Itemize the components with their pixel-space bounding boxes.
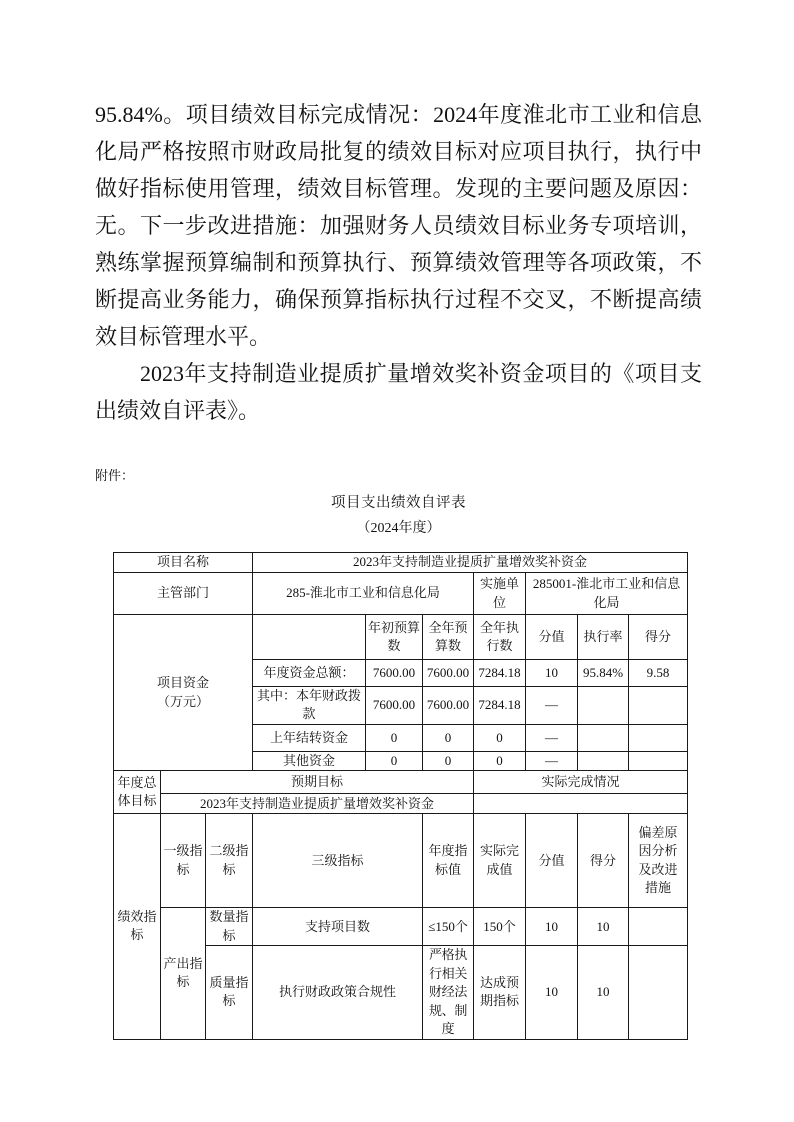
cell-perf-header-l2: 二级指标 [206, 814, 253, 908]
cell-fund-row-weight: — [526, 751, 578, 770]
paragraph-line: 断提高业务能力，确保预算指标执行过程不交叉，不断提高绩 [95, 281, 702, 318]
cell-header-weight: 分值 [526, 615, 578, 660]
cell-project-name-label: 项目名称 [114, 553, 253, 573]
cell-fund-row-weight: 10 [526, 660, 578, 687]
cell-actual-completion-value [474, 794, 688, 814]
table-row: 绩效指标 一级指标 二级指标 三级指标 年度指标值 实际完成值 分值 得分 偏差… [114, 814, 688, 908]
cell-perf-label: 绩效指标 [114, 814, 161, 1039]
cell-perf-header-l1: 一级指标 [161, 814, 206, 908]
cell-impl-unit-value: 285001-淮北市工业和信息 化局 [526, 573, 688, 615]
cell-header-annual-exec: 全年执行数 [474, 615, 526, 660]
paragraph-line: 95.84%。项目绩效目标完成情况：2024年度淮北市工业和信息 [95, 96, 702, 133]
cell-perf-deviation [629, 946, 688, 1039]
body-paragraph-1: 95.84%。项目绩效目标完成情况：2024年度淮北市工业和信息 化局严格按照市… [95, 96, 702, 355]
cell-actual-completion-header: 实际完成情况 [474, 771, 688, 794]
cell-fund-row-rate [578, 687, 629, 725]
cell-fund-row-exec: 7284.18 [474, 660, 526, 687]
cell-fund-row-label: 上年结转资金 [253, 724, 366, 751]
paragraph-line: 效目标管理水平。 [95, 318, 702, 355]
cell-annual-goal-label: 年度总体目标 [114, 771, 161, 814]
cell-fund-row-weight: — [526, 687, 578, 725]
cell-perf-l2: 质量指标 [206, 946, 253, 1039]
cell-fund-row-annual: 0 [423, 724, 474, 751]
cell-project-name-value: 2023年支持制造业提质扩量增效奖补资金 [253, 553, 688, 573]
table-row: 项目资金 （万元） 年初预算数 全年预算数 全年执行数 分值 执行率 得分 [114, 615, 688, 660]
cell-fund-row-score [629, 724, 688, 751]
table-row: 项目名称 2023年支持制造业提质扩量增效奖补资金 [114, 553, 688, 573]
cell-perf-target: ≤150个 [423, 908, 474, 946]
self-evaluation-table: 项目名称 2023年支持制造业提质扩量增效奖补资金 主管部门 285-淮北市工业… [113, 552, 688, 1040]
cell-fund-row-score [629, 751, 688, 770]
cell-perf-header-actual: 实际完成值 [474, 814, 526, 908]
cell-perf-header-score: 得分 [578, 814, 629, 908]
cell-perf-score: 10 [578, 908, 629, 946]
cell-fund-row-label: 其中：本年财政拨款 [253, 687, 366, 725]
cell-fund-row-begin: 7600.00 [366, 687, 423, 725]
attachment-label: 附件： [95, 465, 702, 484]
cell-perf-weight: 10 [526, 946, 578, 1039]
cell-fund-row-annual: 7600.00 [423, 660, 474, 687]
cell-fund-row-exec: 0 [474, 724, 526, 751]
cell-perf-l3: 支持项目数 [253, 908, 423, 946]
cell-fund-row-weight: — [526, 724, 578, 751]
cell-impl-unit-label: 实施单位 [474, 573, 526, 615]
cell-perf-actual: 150个 [474, 908, 526, 946]
body-paragraph-2: 2023年支持制造业提质扩量增效奖补资金项目的《项目支 出绩效自评表》。 [95, 355, 702, 429]
cell-fund-row-score [629, 687, 688, 725]
cell-fund-row-rate [578, 751, 629, 770]
cell-fund-row-begin: 7600.00 [366, 660, 423, 687]
table-title: 项目支出绩效自评表 [95, 491, 702, 512]
table-row: 产出指标 数量指标 支持项目数 ≤150个 150个 10 10 [114, 908, 688, 946]
cell-fund-row-label: 其他资金 [253, 751, 366, 770]
cell-perf-weight: 10 [526, 908, 578, 946]
cell-expected-goal-header: 预期目标 [161, 771, 474, 794]
cell-fund-row-rate [578, 724, 629, 751]
cell-perf-deviation [629, 908, 688, 946]
cell-fund-row-score: 9.58 [629, 660, 688, 687]
cell-fund-row-begin: 0 [366, 724, 423, 751]
cell-perf-l2: 数量指标 [206, 908, 253, 946]
cell-funds-blank [253, 615, 366, 660]
cell-fund-row-annual: 0 [423, 751, 474, 770]
cell-fund-row-rate: 95.84% [578, 660, 629, 687]
paragraph-line: 化局严格按照市财政局批复的绩效目标对应项目执行，执行中 [95, 133, 702, 170]
cell-perf-header-deviation: 偏差原 因分析 及改进 措施 [629, 814, 688, 908]
cell-header-annual-budget: 全年预算数 [423, 615, 474, 660]
cell-perf-target: 严格执 行相关 财经法 规、制度 [423, 946, 474, 1039]
table-row: 2023年支持制造业提质扩量增效奖补资金 [114, 794, 688, 814]
cell-perf-header-weight: 分值 [526, 814, 578, 908]
paragraph-line: 做好指标使用管理，绩效目标管理。发现的主要问题及原因： [95, 170, 702, 207]
cell-fund-row-begin: 0 [366, 751, 423, 770]
document-page: 95.84%。项目绩效目标完成情况：2024年度淮北市工业和信息 化局严格按照市… [0, 0, 794, 1040]
paragraph-line: 熟练掌握预算编制和预算执行、预算绩效管理等各项政策，不 [95, 244, 702, 281]
cell-dept-value: 285-淮北市工业和信息化局 [253, 573, 474, 615]
cell-dept-label: 主管部门 [114, 573, 253, 615]
cell-header-exec-rate: 执行率 [578, 615, 629, 660]
cell-funds-label: 项目资金 （万元） [114, 615, 253, 771]
cell-perf-l3: 执行财政政策合规性 [253, 946, 423, 1039]
cell-fund-row-exec: 7284.18 [474, 687, 526, 725]
cell-fund-row-label: 年度资金总额： [253, 660, 366, 687]
paragraph-line: 2023年支持制造业提质扩量增效奖补资金项目的《项目支 [95, 355, 702, 392]
table-subtitle: （2024年度） [95, 517, 702, 537]
paragraph-line: 无。下一步改进措施：加强财务人员绩效目标业务专项培训， [95, 207, 702, 244]
cell-perf-actual: 达成预 期指标 [474, 946, 526, 1039]
cell-header-begin-budget: 年初预算数 [366, 615, 423, 660]
cell-expected-goal-value: 2023年支持制造业提质扩量增效奖补资金 [161, 794, 474, 814]
table-row: 年度总体目标 预期目标 实际完成情况 [114, 771, 688, 794]
cell-fund-row-annual: 7600.00 [423, 687, 474, 725]
cell-perf-score: 10 [578, 946, 629, 1039]
cell-perf-header-l3: 三级指标 [253, 814, 423, 908]
cell-fund-row-exec: 0 [474, 751, 526, 770]
cell-header-score: 得分 [629, 615, 688, 660]
cell-perf-level1: 产出指标 [161, 908, 206, 1039]
cell-perf-header-target: 年度指标值 [423, 814, 474, 908]
paragraph-line: 出绩效自评表》。 [95, 392, 702, 429]
table-row: 主管部门 285-淮北市工业和信息化局 实施单位 285001-淮北市工业和信息… [114, 573, 688, 615]
